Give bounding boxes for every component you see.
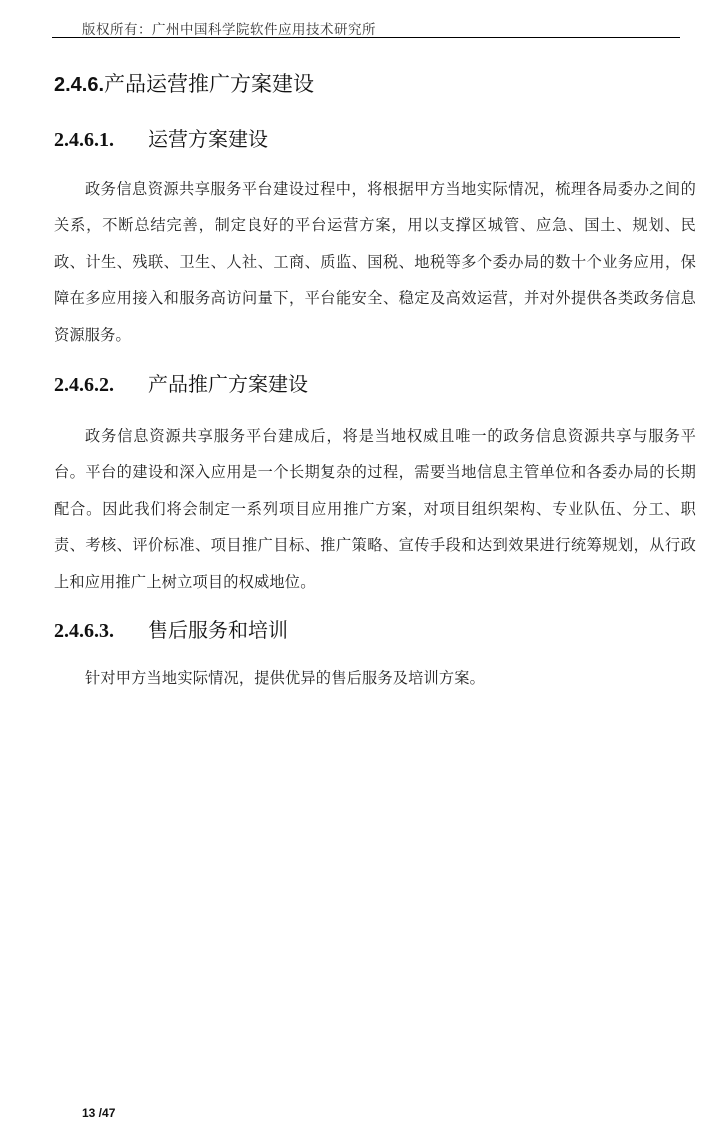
subsection-heading-3: 2.4.6.3.售后服务和培训 xyxy=(54,614,288,643)
subsection-title: 售后服务和培训 xyxy=(148,618,288,642)
page-number: 13 /47 xyxy=(82,1106,115,1120)
subsection-number: 2.4.6.1. xyxy=(54,129,148,152)
subsection-heading-2: 2.4.6.2.产品推广方案建设 xyxy=(54,368,308,397)
subsection-number: 2.4.6.3. xyxy=(54,620,148,643)
subsection-number: 2.4.6.2. xyxy=(54,374,148,397)
subsection-paragraph-3: 针对甲方当地实际情况，提供优异的售后服务及培训方案。 xyxy=(54,660,696,696)
section-title: 产品运营推广方案建设 xyxy=(104,72,314,96)
subsection-paragraph-2: 政务信息资源共享服务平台建成后，将是当地权威且唯一的政务信息资源共享与服务平台。… xyxy=(54,418,696,600)
section-number: 2.4.6. xyxy=(54,74,104,96)
subsection-title: 运营方案建设 xyxy=(148,127,268,151)
section-heading: 2.4.6.产品运营推广方案建设 xyxy=(54,68,314,98)
page-header-copyright: 版权所有：广州中国科学院软件应用技术研究所 xyxy=(82,18,376,38)
header-divider xyxy=(52,37,680,38)
subsection-heading-1: 2.4.6.1.运营方案建设 xyxy=(54,123,268,152)
subsection-title: 产品推广方案建设 xyxy=(148,372,308,396)
subsection-paragraph-1: 政务信息资源共享服务平台建设过程中，将根据甲方当地实际情况，梳理各局委办之间的关… xyxy=(54,171,696,353)
